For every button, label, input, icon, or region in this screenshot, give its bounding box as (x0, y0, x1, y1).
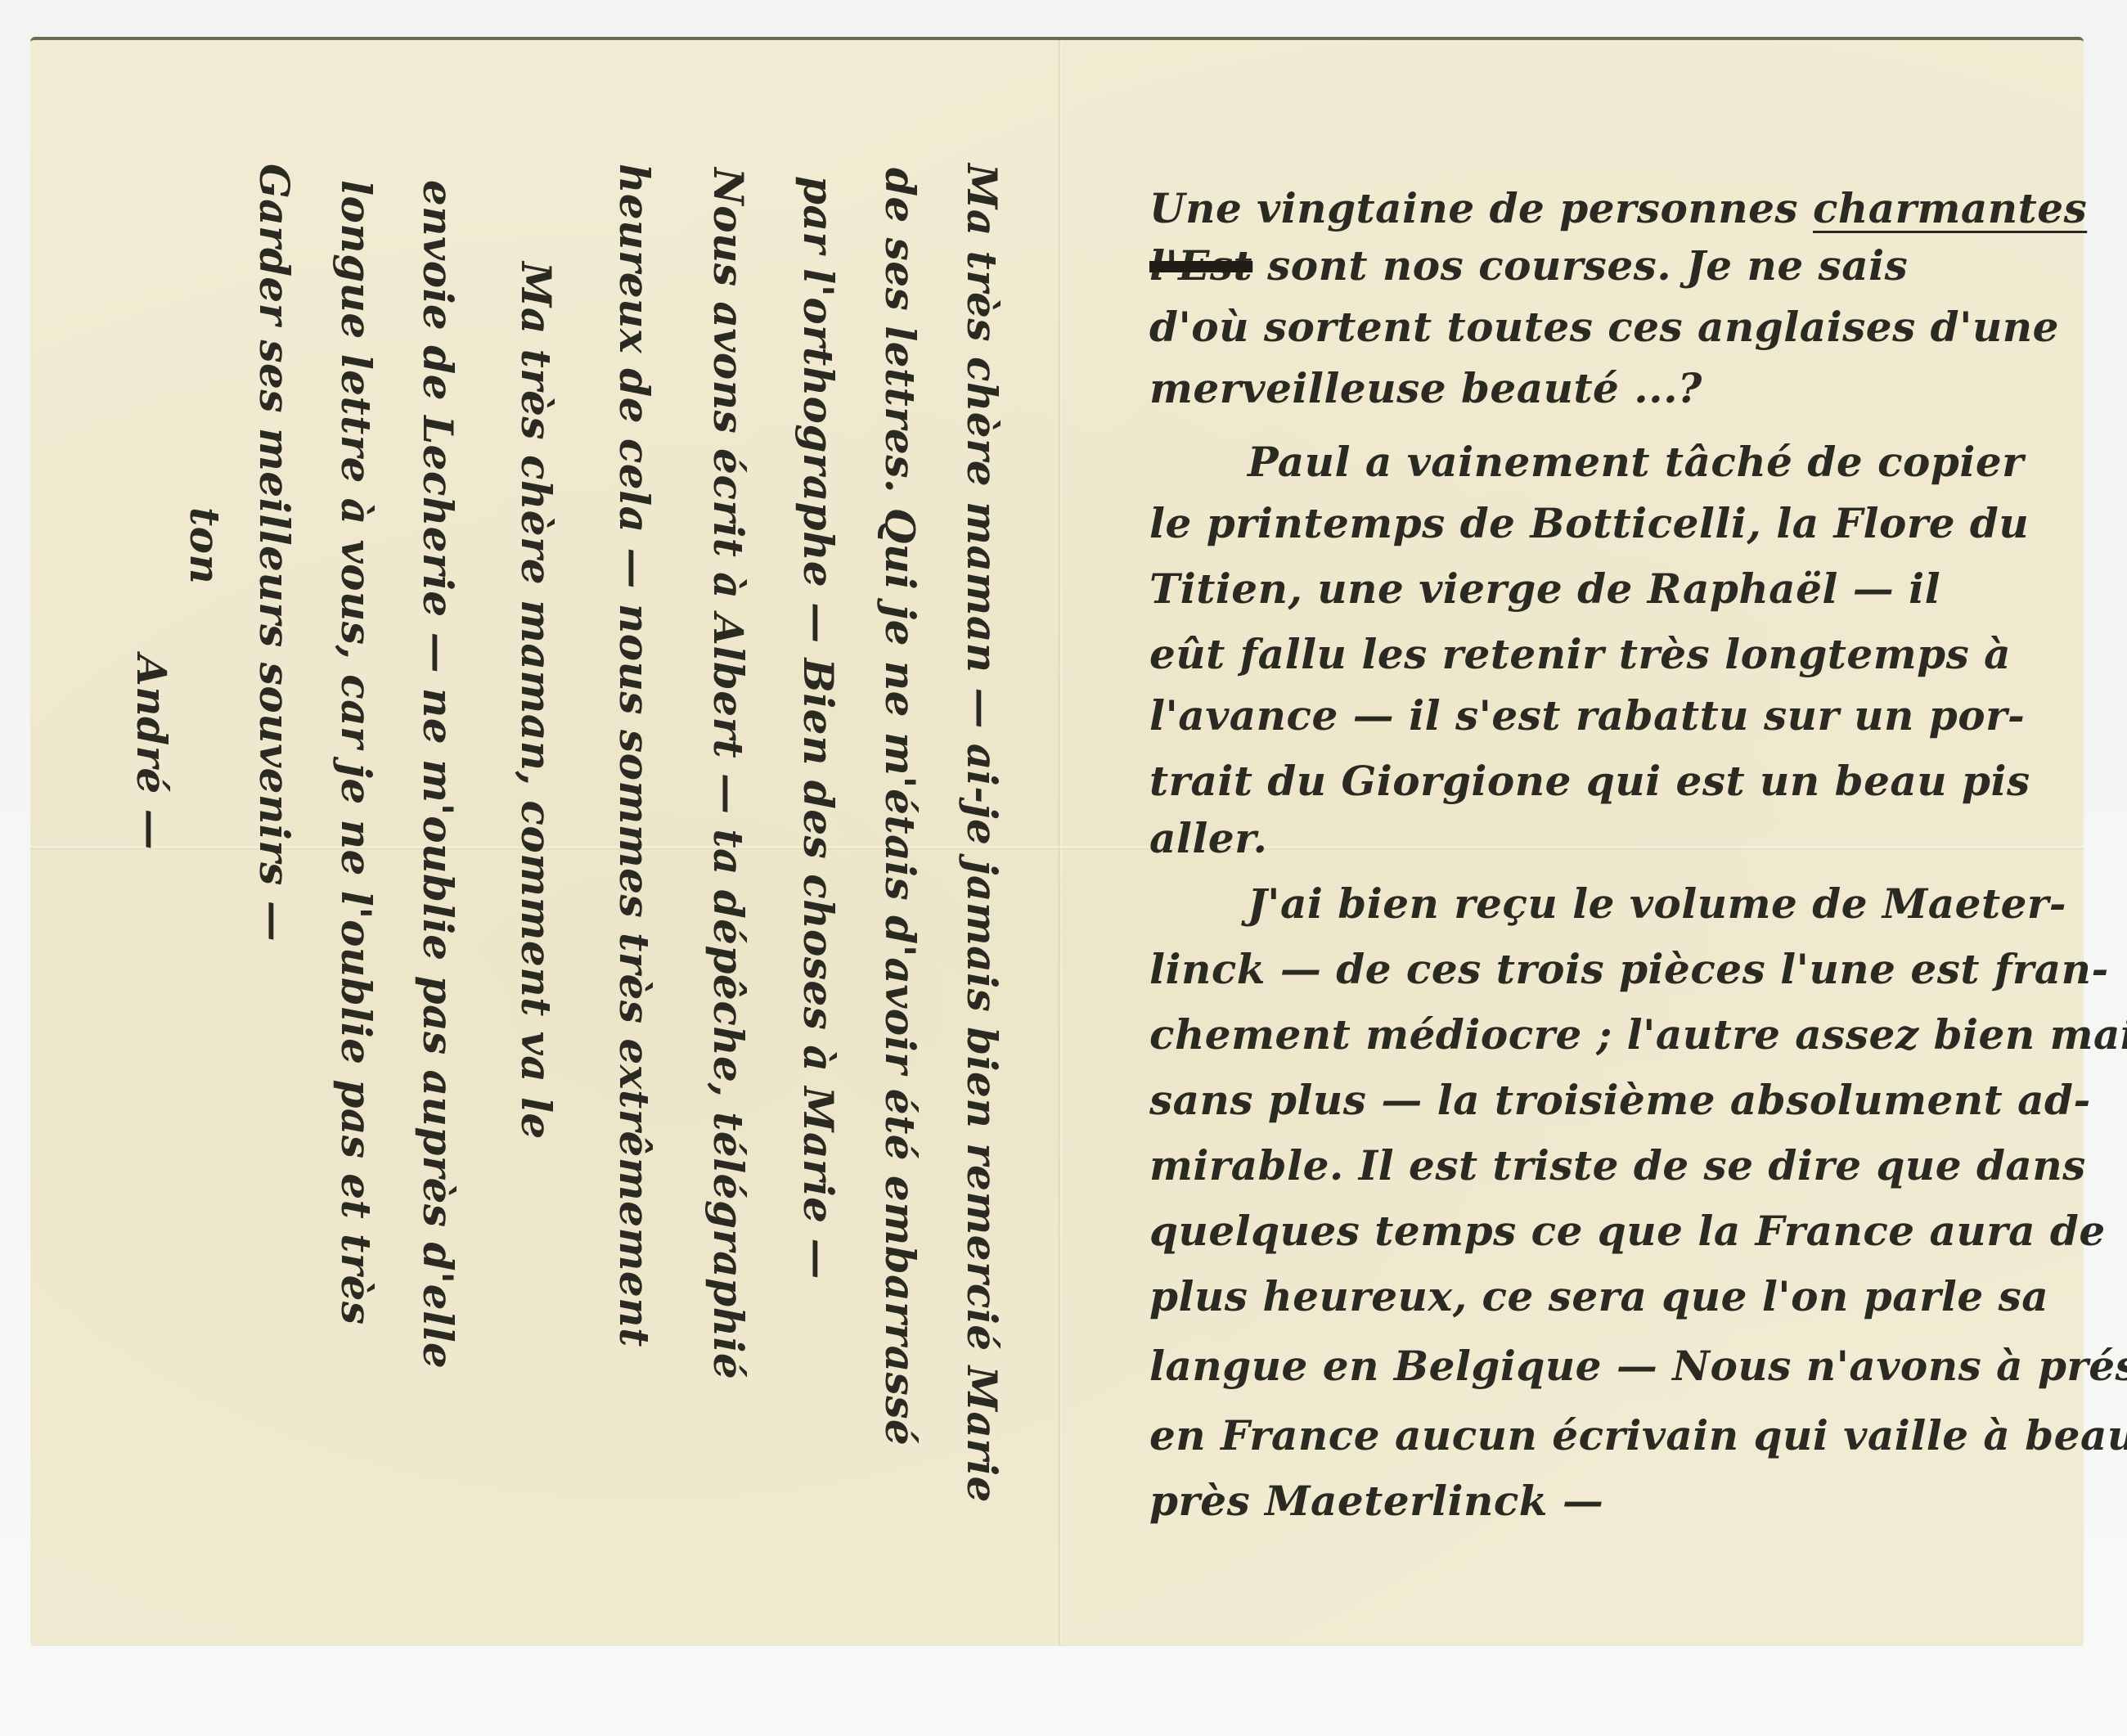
left-line-3: par l'orthographe — Bien des choses à Ma… (794, 176, 843, 1280)
left-line-5: heureux de cela — nous sommes très extrê… (609, 164, 659, 1347)
right-line-10: trait du Giorgione qui est un beau pis (1149, 757, 2030, 806)
right-line-14: chement médiocre ; l'autre assez bien ma… (1149, 1010, 2127, 1059)
left-line-2: de ses lettres. Qui je ne m'étais d'avoi… (875, 168, 924, 1446)
left-page: Ma très chère maman — ai-je jamais bien … (98, 147, 1039, 1603)
right-line-8: eût fallu les retenir très longtemps à (1149, 630, 2011, 679)
right-line-5: Paul a vainement tâché de copier (1248, 438, 2024, 487)
left-closing: ton (180, 507, 229, 584)
left-line-6: Ma très chère maman, comment va le (511, 262, 560, 1140)
struck-out-word: l'Est (1149, 241, 1252, 290)
underlined-word: charmantes (1813, 184, 2087, 232)
right-line-19: langue en Belgique — Nous n'avons à prés… (1149, 1342, 2127, 1391)
right-line-20: en France aucun écrivain qui vaille à be… (1149, 1411, 2127, 1460)
left-line-9: Garder ses meilleurs souvenirs — (250, 164, 299, 942)
right-line-9: l'avance — il s'est rabattu sur un por- (1149, 691, 2025, 740)
left-signature: André — (127, 654, 176, 850)
right-line-6: le printemps de Botticelli, la Flore du (1149, 499, 2029, 548)
right-line-18: plus heureux, ce sera que l'on parle sa (1149, 1272, 2048, 1321)
right-line-4: merveilleuse beauté ...? (1149, 364, 1702, 413)
right-line-16: mirable. Il est triste de se dire que da… (1149, 1141, 2086, 1190)
right-line-3: d'où sortent toutes ces anglaises d'une (1149, 303, 2059, 352)
right-line-21: près Maeterlinck — (1149, 1477, 1603, 1526)
right-line-15: sans plus — la troisième absolument ad- (1149, 1076, 2091, 1125)
left-line-4: Nous avons écrit à Albert — ta dépêche, … (704, 168, 753, 1379)
right-line-7: Titien, une vierge de Raphaël — il (1149, 564, 1940, 614)
right-line-1-text: Une vingtaine de personnes (1149, 184, 1813, 232)
right-line-13: linck — de ces trois pièces l'une est fr… (1149, 945, 2109, 994)
left-line-7: envoie de Lecherie — ne m'oublie pas aup… (413, 180, 462, 1369)
right-line-2: l'Est sont nos courses. Je ne sais (1149, 241, 1908, 290)
left-line-1: Ma très chère maman — ai-je jamais bien … (957, 164, 1006, 1503)
right-line-12: J'ai bien reçu le volume de Maeter- (1248, 879, 2066, 929)
right-line-1: Une vingtaine de personnes charmantes (1149, 184, 2087, 233)
right-page: Une vingtaine de personnes charmantes l'… (1059, 37, 2084, 1642)
right-line-11: aller. (1149, 814, 1267, 863)
left-line-8: longue lettre à vous, car je ne l'oublie… (331, 180, 380, 1325)
right-line-17: quelques temps ce que la France aura de (1149, 1207, 2106, 1256)
right-line-2-text: sont nos courses. Je ne sais (1252, 241, 1908, 290)
